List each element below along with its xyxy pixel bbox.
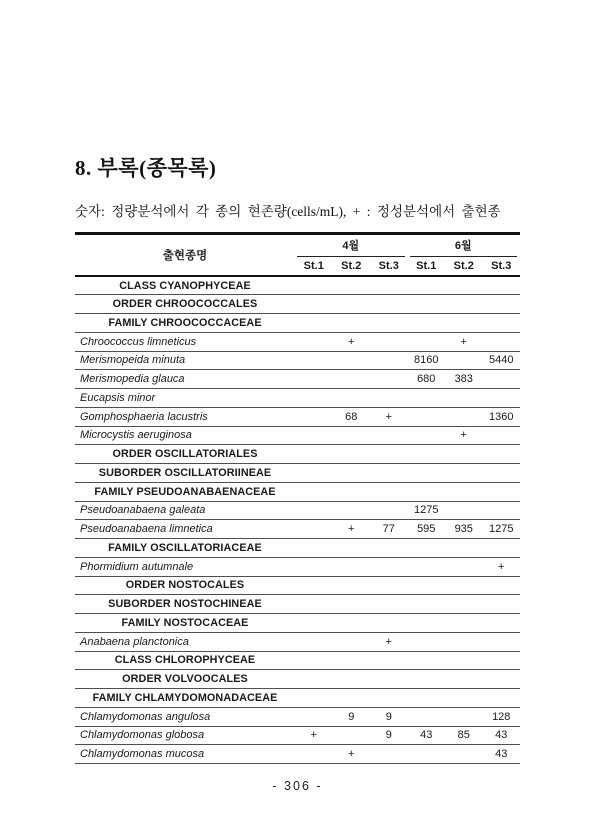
abundance-value xyxy=(295,482,333,501)
abundance-value xyxy=(483,464,521,483)
abundance-value xyxy=(370,557,408,576)
station-header-apr-st1: St.1 xyxy=(295,257,333,276)
abundance-value: 9 xyxy=(333,707,371,726)
taxon-group-label: SUBORDER NOSTOCHINEAE xyxy=(75,595,295,614)
abundance-value xyxy=(370,389,408,408)
abundance-value: 680 xyxy=(408,370,446,389)
taxon-group-row: ORDER NOSTOCALES xyxy=(75,576,520,595)
abundance-value xyxy=(295,557,333,576)
abundance-value xyxy=(333,276,371,295)
taxon-group-row: ORDER OSCILLATORIALES xyxy=(75,445,520,464)
taxon-group-label: ORDER NOSTOCALES xyxy=(75,576,295,595)
abundance-value: 1360 xyxy=(483,407,521,426)
abundance-value xyxy=(483,539,521,558)
abundance-value xyxy=(295,595,333,614)
taxon-group-row: CLASS CYANOPHYCEAE xyxy=(75,276,520,295)
abundance-value xyxy=(408,276,446,295)
abundance-value: + xyxy=(370,407,408,426)
taxon-group-label: FAMILY OSCILLATORIACEAE xyxy=(75,539,295,558)
species-name: Merismopeida minuta xyxy=(75,351,295,370)
abundance-value xyxy=(483,651,521,670)
abundance-value xyxy=(445,576,483,595)
abundance-value xyxy=(370,651,408,670)
abundance-value xyxy=(370,501,408,520)
abundance-value xyxy=(445,295,483,314)
abundance-value xyxy=(295,426,333,445)
abundance-value xyxy=(483,389,521,408)
abundance-value xyxy=(445,276,483,295)
document-page: 8. 부록(종목록) 숫자: 정량분석에서 각 종의 현존량(cells/mL)… xyxy=(0,0,594,840)
taxon-group-label: ORDER VOLVOOCALES xyxy=(75,670,295,689)
species-row: Gomphosphaeria lacustris68+1360 xyxy=(75,407,520,426)
abundance-value xyxy=(333,464,371,483)
species-name: Merismopedia glauca xyxy=(75,370,295,389)
taxon-group-row: ORDER CHROOCOCCALES xyxy=(75,295,520,314)
station-header-jun-st1: St.1 xyxy=(408,257,446,276)
abundance-value xyxy=(295,407,333,426)
abundance-value xyxy=(370,314,408,333)
abundance-value xyxy=(295,445,333,464)
abundance-value xyxy=(295,539,333,558)
taxon-group-row: CLASS CHLOROPHYCEAE xyxy=(75,651,520,670)
abundance-value: 43 xyxy=(483,726,521,745)
taxon-group-label: FAMILY CHLAMYDOMONADACEAE xyxy=(75,689,295,708)
taxon-group-row: FAMILY NOSTOCACEAE xyxy=(75,614,520,633)
abundance-value xyxy=(333,632,371,651)
abundance-value xyxy=(333,614,371,633)
abundance-value xyxy=(445,632,483,651)
abundance-value xyxy=(333,557,371,576)
abundance-value xyxy=(445,539,483,558)
abundance-value xyxy=(295,614,333,633)
abundance-value xyxy=(408,445,446,464)
taxon-group-label: FAMILY NOSTOCACEAE xyxy=(75,614,295,633)
abundance-value xyxy=(483,670,521,689)
abundance-value xyxy=(408,632,446,651)
taxon-group-row: ORDER VOLVOOCALES xyxy=(75,670,520,689)
species-abundance-table: 출현종명 4월 6월 St.1 St.2 St.3 St.1 St.2 St.3 xyxy=(75,232,520,764)
abundance-value xyxy=(445,745,483,764)
abundance-value xyxy=(333,295,371,314)
taxon-group-label: CLASS CHLOROPHYCEAE xyxy=(75,651,295,670)
abundance-value: + xyxy=(445,332,483,351)
abundance-value xyxy=(408,614,446,633)
abundance-value: 77 xyxy=(370,520,408,539)
month-label-april: 4월 xyxy=(297,235,405,257)
abundance-value xyxy=(370,614,408,633)
abundance-value: + xyxy=(483,557,521,576)
species-row: Merismopedia glauca680383 xyxy=(75,370,520,389)
abundance-value xyxy=(295,651,333,670)
abundance-value xyxy=(295,670,333,689)
abundance-value xyxy=(370,351,408,370)
abundance-value xyxy=(370,426,408,445)
abundance-value xyxy=(370,670,408,689)
page-number: - 306 - xyxy=(75,779,520,793)
species-name: Pseudoanabaena limnetica xyxy=(75,520,295,539)
abundance-value xyxy=(408,426,446,445)
species-row: Chlamydomonas globosa+9438543 xyxy=(75,726,520,745)
species-column-header: 출현종명 xyxy=(75,234,295,277)
species-row: Microcystis aeruginosa+ xyxy=(75,426,520,445)
species-name: Chlamydomonas mucosa xyxy=(75,745,295,764)
abundance-value: 595 xyxy=(408,520,446,539)
abundance-value xyxy=(370,539,408,558)
taxon-group-row: FAMILY CHROOCOCCACEAE xyxy=(75,314,520,333)
abundance-value: + xyxy=(370,632,408,651)
species-row: Chroococcus limneticus++ xyxy=(75,332,520,351)
species-name: Pseudoanabaena galeata xyxy=(75,501,295,520)
taxon-group-row: FAMILY PSEUDOANABAENACEAE xyxy=(75,482,520,501)
abundance-value xyxy=(295,707,333,726)
abundance-value xyxy=(295,501,333,520)
abundance-value xyxy=(445,407,483,426)
abundance-value xyxy=(445,557,483,576)
abundance-value xyxy=(333,539,371,558)
abundance-value xyxy=(408,464,446,483)
taxon-group-row: SUBORDER NOSTOCHINEAE xyxy=(75,595,520,614)
abundance-value xyxy=(408,295,446,314)
abundance-value xyxy=(408,482,446,501)
abundance-value xyxy=(408,314,446,333)
abundance-value xyxy=(483,614,521,633)
abundance-value xyxy=(483,370,521,389)
abundance-value xyxy=(370,595,408,614)
abundance-value xyxy=(483,426,521,445)
abundance-value xyxy=(295,276,333,295)
taxon-group-label: ORDER CHROOCOCCALES xyxy=(75,295,295,314)
abundance-value xyxy=(483,314,521,333)
species-name: Chroococcus limneticus xyxy=(75,332,295,351)
abundance-value xyxy=(333,595,371,614)
abundance-value xyxy=(483,595,521,614)
abundance-value: + xyxy=(295,726,333,745)
abundance-value xyxy=(445,595,483,614)
abundance-value xyxy=(483,295,521,314)
species-row: Chlamydomonas angulosa99128 xyxy=(75,707,520,726)
taxon-group-label: SUBORDER OSCILLATORIINEAE xyxy=(75,464,295,483)
abundance-value xyxy=(408,745,446,764)
abundance-value xyxy=(445,614,483,633)
abundance-value xyxy=(333,482,371,501)
month-header-april: 4월 xyxy=(295,234,408,258)
abundance-value xyxy=(333,314,371,333)
species-row: Eucapsis minor xyxy=(75,389,520,408)
abundance-value: 85 xyxy=(445,726,483,745)
abundance-value xyxy=(445,351,483,370)
abundance-value xyxy=(483,445,521,464)
taxon-group-row: FAMILY OSCILLATORIACEAE xyxy=(75,539,520,558)
abundance-value xyxy=(370,295,408,314)
station-header-apr-st3: St.3 xyxy=(370,257,408,276)
abundance-value xyxy=(370,745,408,764)
species-name: Gomphosphaeria lacustris xyxy=(75,407,295,426)
abundance-value xyxy=(445,501,483,520)
abundance-value xyxy=(483,501,521,520)
abundance-value xyxy=(333,389,371,408)
abundance-value xyxy=(295,295,333,314)
species-name: Microcystis aeruginosa xyxy=(75,426,295,445)
abundance-value xyxy=(370,576,408,595)
abundance-value xyxy=(333,426,371,445)
species-name: Chlamydomonas globosa xyxy=(75,726,295,745)
species-row: Chlamydomonas mucosa+43 xyxy=(75,745,520,764)
taxon-group-row: SUBORDER OSCILLATORIINEAE xyxy=(75,464,520,483)
abundance-value xyxy=(408,407,446,426)
section-title: 8. 부록(종목록) xyxy=(75,152,216,182)
abundance-value xyxy=(445,482,483,501)
abundance-value xyxy=(333,689,371,708)
species-table-body: CLASS CYANOPHYCEAEORDER CHROOCOCCALESFAM… xyxy=(75,276,520,764)
species-name: Chlamydomonas angulosa xyxy=(75,707,295,726)
station-header-jun-st2: St.2 xyxy=(445,257,483,276)
abundance-value xyxy=(333,651,371,670)
abundance-value xyxy=(408,595,446,614)
abundance-value xyxy=(295,351,333,370)
taxon-group-row: FAMILY CHLAMYDOMONADACEAE xyxy=(75,689,520,708)
abundance-value xyxy=(483,482,521,501)
abundance-value xyxy=(483,576,521,595)
station-header-apr-st2: St.2 xyxy=(333,257,371,276)
abundance-value xyxy=(445,689,483,708)
abundance-value xyxy=(295,464,333,483)
table-legend: 숫자: 정량분석에서 각 종의 현존량(cells/mL), + : 정성분석에… xyxy=(75,200,535,220)
abundance-value: 5440 xyxy=(483,351,521,370)
abundance-value: 9 xyxy=(370,726,408,745)
abundance-value xyxy=(333,726,371,745)
abundance-value xyxy=(295,389,333,408)
abundance-value xyxy=(370,482,408,501)
abundance-value xyxy=(408,557,446,576)
abundance-value xyxy=(483,689,521,708)
species-row: Pseudoanabaena limnetica+775959351275 xyxy=(75,520,520,539)
abundance-value: + xyxy=(445,426,483,445)
abundance-value: + xyxy=(333,520,371,539)
abundance-value xyxy=(295,632,333,651)
abundance-value xyxy=(408,332,446,351)
month-header-june: 6월 xyxy=(408,234,521,258)
species-row: Pseudoanabaena galeata1275 xyxy=(75,501,520,520)
abundance-value xyxy=(483,632,521,651)
taxon-group-label: FAMILY PSEUDOANABAENACEAE xyxy=(75,482,295,501)
abundance-value: 43 xyxy=(483,745,521,764)
month-header-row: 출현종명 4월 6월 xyxy=(75,234,520,258)
abundance-value: 9 xyxy=(370,707,408,726)
abundance-value xyxy=(408,539,446,558)
abundance-value xyxy=(333,670,371,689)
abundance-value xyxy=(295,689,333,708)
abundance-value xyxy=(295,332,333,351)
abundance-value xyxy=(445,314,483,333)
abundance-value xyxy=(408,651,446,670)
species-row: Anabaena planctonica+ xyxy=(75,632,520,651)
abundance-value xyxy=(333,576,371,595)
abundance-value xyxy=(295,370,333,389)
abundance-value xyxy=(295,314,333,333)
abundance-value xyxy=(483,332,521,351)
species-table-container: 출현종명 4월 6월 St.1 St.2 St.3 St.1 St.2 St.3 xyxy=(75,232,520,764)
abundance-value: 128 xyxy=(483,707,521,726)
abundance-value: 383 xyxy=(445,370,483,389)
month-label-june: 6월 xyxy=(410,235,518,257)
abundance-value xyxy=(295,576,333,595)
abundance-value: 68 xyxy=(333,407,371,426)
abundance-value xyxy=(445,670,483,689)
abundance-value xyxy=(370,689,408,708)
abundance-value xyxy=(295,745,333,764)
abundance-value xyxy=(295,520,333,539)
taxon-group-label: CLASS CYANOPHYCEAE xyxy=(75,276,295,295)
abundance-value: 43 xyxy=(408,726,446,745)
abundance-value xyxy=(370,370,408,389)
abundance-value xyxy=(445,464,483,483)
species-row: Phormidium autumnale+ xyxy=(75,557,520,576)
species-name: Phormidium autumnale xyxy=(75,557,295,576)
taxon-group-label: ORDER OSCILLATORIALES xyxy=(75,445,295,464)
abundance-value xyxy=(370,464,408,483)
abundance-value xyxy=(445,651,483,670)
abundance-value xyxy=(445,389,483,408)
abundance-value xyxy=(408,707,446,726)
abundance-value: 935 xyxy=(445,520,483,539)
abundance-value xyxy=(445,707,483,726)
abundance-value: 8160 xyxy=(408,351,446,370)
abundance-value xyxy=(333,351,371,370)
abundance-value: 1275 xyxy=(408,501,446,520)
species-name: Anabaena planctonica xyxy=(75,632,295,651)
abundance-value xyxy=(408,689,446,708)
abundance-value xyxy=(445,445,483,464)
abundance-value xyxy=(370,445,408,464)
abundance-value xyxy=(408,576,446,595)
abundance-value xyxy=(483,276,521,295)
abundance-value xyxy=(333,501,371,520)
station-header-jun-st3: St.3 xyxy=(483,257,521,276)
abundance-value: + xyxy=(333,745,371,764)
abundance-value: 1275 xyxy=(483,520,521,539)
abundance-value xyxy=(333,370,371,389)
abundance-value xyxy=(408,389,446,408)
taxon-group-label: FAMILY CHROOCOCCACEAE xyxy=(75,314,295,333)
abundance-value xyxy=(333,445,371,464)
species-name: Eucapsis minor xyxy=(75,389,295,408)
abundance-value xyxy=(408,670,446,689)
abundance-value: + xyxy=(333,332,371,351)
abundance-value xyxy=(370,276,408,295)
abundance-value xyxy=(370,332,408,351)
species-row: Merismopeida minuta81605440 xyxy=(75,351,520,370)
